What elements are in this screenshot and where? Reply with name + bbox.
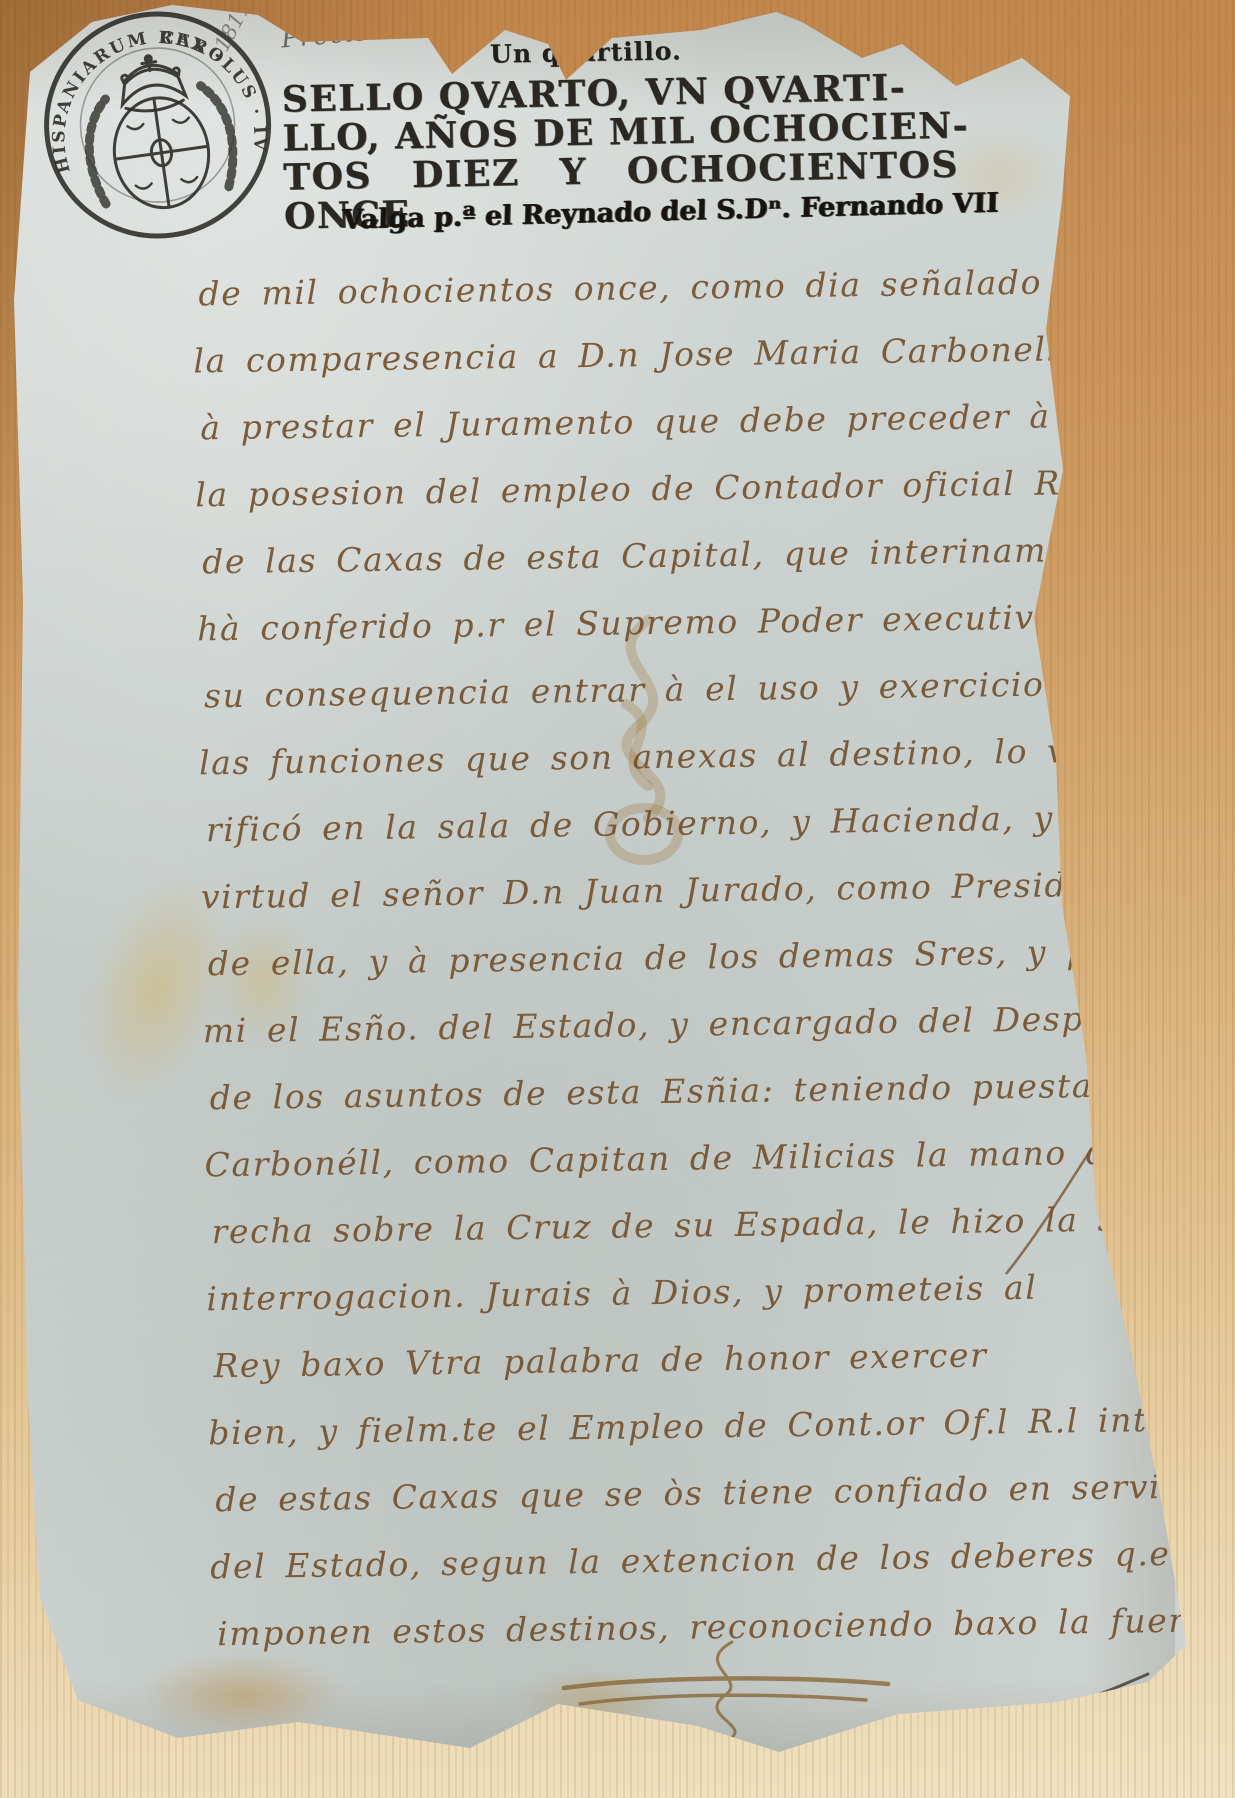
manuscript-line: à prestar el Juramento que debe preceder…	[188, 395, 1235, 477]
manuscript-line: las funciones que son anexas al destino,…	[193, 730, 1235, 812]
document-page: HISPANIARUM REX · CAROLUS · IV · D · G ·…	[0, 0, 1235, 1798]
manuscript-line: su consequencia entrar à el uso y exerci…	[192, 663, 1235, 745]
royal-seal-stamp: HISPANIARUM REX · CAROLUS · IV · D · G ·	[13, 0, 302, 273]
manuscript-line: rificó en la sala de Gobierno, y Haciend…	[194, 797, 1235, 879]
manuscript-body: de mil ochocientos once, como dia señala…	[186, 261, 1235, 1683]
printed-denomination: Un quartillo.	[490, 36, 682, 68]
rubric-flourish	[536, 1636, 916, 1746]
wooden-desk-background: HISPANIARUM REX · CAROLUS · IV · D · G ·…	[0, 0, 1235, 1798]
manuscript-line: la comparesencia a D.n Jose Maria Carbon…	[187, 328, 1235, 410]
manuscript-line: la posesion del empleo de Contador ofici…	[189, 462, 1235, 544]
revalidation-overprint: Valga p.ª el Reynado del S.Dⁿ. Fernando …	[342, 188, 999, 236]
manuscript-line: de las Caxas de esta Capital, que interi…	[190, 529, 1235, 611]
manuscript-line: virtud el señor D.n Juan Jurado, como Pr…	[195, 864, 1235, 946]
corner-ink-marks	[1014, 1652, 1164, 1752]
seal-crown	[116, 51, 187, 114]
manuscript-line: hà conferido p.r el Supremo Poder execut…	[191, 596, 1235, 678]
manuscript-line: de ella, y à presencia de los demas Sres…	[196, 931, 1235, 1013]
printed-stamp-heading: SELLO QVARTO, VN QVARTI- LLO, AÑOS DE MI…	[282, 67, 972, 241]
manuscript-line: de mil ochocientos once, como dia señala…	[186, 261, 1235, 343]
